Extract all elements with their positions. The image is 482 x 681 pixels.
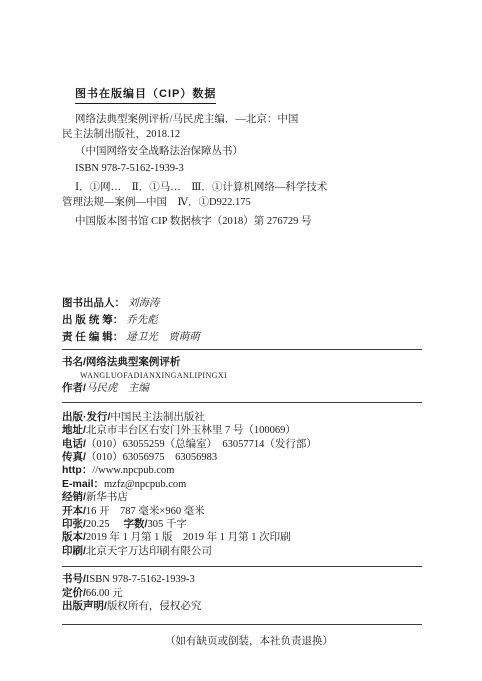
pub-row-website: http：//www.npcpub.com	[62, 464, 422, 477]
pub-row-fax: 传真/（010）63056975 63056983	[62, 451, 422, 464]
pub-row-distributor: 经销/新华书店	[62, 491, 422, 504]
pub-label: 地址/	[62, 424, 86, 436]
price-label: 定价/	[62, 587, 86, 599]
staff-row-producer: 图书出品人：刘海涛	[62, 295, 422, 312]
pub-label: 版本/	[62, 531, 86, 543]
pub-label: 开本/	[62, 505, 86, 517]
publication-section: 出版·发行/中国民主法制出版社 地址/北京市丰台区右安门外玉林里 7 号（100…	[62, 411, 422, 558]
book-title-section: 书名/网络法典型案例评析 WANGLUOFADIANXINGANLIPINGXI…	[62, 356, 422, 396]
return-note: （如有缺页或倒装，本社负责退换）	[62, 635, 422, 649]
author-row: 作者/马民虎 主编	[62, 382, 422, 395]
pub-label: 字数/	[124, 518, 148, 530]
copyright-label: 出版声明/	[62, 600, 107, 612]
copyright-value: 版权所有，侵权必究	[107, 601, 202, 612]
isbn-row: 书号/ISBN 978-7-5162-1939-3	[62, 573, 422, 586]
author-value: 马民虎 主编	[86, 383, 149, 394]
author-label: 作者/	[62, 382, 86, 394]
cip-class-line: 管理法规—案例—中国 Ⅳ．①D922.175	[62, 195, 422, 210]
staff-value: 逯卫光 贾萌萌	[126, 332, 200, 343]
pub-row-phone: 电话/（010）63055259（总编室） 63057714（发行部）	[62, 438, 422, 451]
cip-series-line: （中国网络安全战略法治保障丛书）	[62, 144, 422, 159]
pub-label: 出版·发行/	[62, 411, 110, 423]
divider	[62, 566, 422, 567]
book-title: 网络法典型案例评析	[86, 356, 181, 368]
pub-value: （010）63055259（总编室） 63057714（发行部）	[86, 439, 317, 450]
staff-value: 刘海涛	[128, 298, 160, 309]
isbn-value: ISBN 978-7-5162-1939-3	[86, 574, 195, 585]
book-title-label: 书名/	[62, 356, 86, 368]
pub-row-email: E-mail：mzfz@npcpub.com	[62, 478, 422, 491]
pub-row-sheets-words: 印张/20.25字数/305 千字	[62, 518, 422, 531]
cip-record-line: 中国版本图书馆 CIP 数据核字（2018）第 276729 号	[62, 214, 422, 229]
book-title-row: 书名/网络法典型案例评析	[62, 356, 422, 369]
copyright-row: 出版声明/版权所有，侵权必究	[62, 600, 422, 613]
pub-row-address: 地址/北京市丰台区右安门外玉林里 7 号（100069）	[62, 424, 422, 437]
staff-section: 图书出品人：刘海涛 出 版 统 筹：乔先彪 责 任 编 辑：逯卫光 贾萌萌	[62, 295, 422, 346]
pub-value: 16 开 787 毫米×960 毫米	[86, 506, 205, 517]
pub-label: 印张/	[62, 518, 86, 530]
price-row: 定价/66.00 元	[62, 587, 422, 600]
isbn-label: 书号/	[62, 573, 86, 585]
price-value: 66.00 元	[86, 588, 123, 599]
pub-label: 电话/	[62, 438, 86, 450]
cip-title-wrap: 图书在版编目（CIP）数据	[75, 84, 422, 104]
book-pinyin: WANGLUOFADIANXINGANLIPINGXI	[80, 369, 422, 382]
staff-label: 图书出品人：	[62, 297, 125, 309]
pub-label: http：	[62, 464, 92, 476]
cip-isbn-line: ISBN 978-7-5162-1939-3	[62, 161, 422, 176]
pub-value: mzfz@npcpub.com	[104, 479, 186, 490]
cip-line: 网络法典型案例评析/马民虎主编．—北京：中国	[62, 112, 422, 127]
pub-row-publisher: 出版·发行/中国民主法制出版社	[62, 411, 422, 424]
cip-class-line: Ⅰ．①网… Ⅱ．①马… Ⅲ．①计算机网络—科学技术	[62, 180, 422, 195]
pub-value: 新华书店	[86, 492, 128, 503]
staff-label: 责 任 编 辑：	[62, 331, 123, 343]
pub-value: 20.25	[86, 519, 110, 530]
divider	[62, 624, 422, 625]
pub-value: 北京天宇万达印刷有限公司	[86, 546, 212, 557]
staff-row-editors: 责 任 编 辑：逯卫光 贾萌萌	[62, 329, 422, 346]
pub-label: 传真/	[62, 451, 86, 463]
staff-row-coordinator: 出 版 统 筹：乔先彪	[62, 312, 422, 329]
cip-title: 图书在版编目（CIP）数据	[75, 85, 216, 104]
pub-label: 印刷/	[62, 545, 86, 557]
copyright-page: 图书在版编目（CIP）数据 网络法典型案例评析/马民虎主编．—北京：中国 民主法…	[0, 0, 482, 681]
pub-label: 经销/	[62, 491, 86, 503]
pub-value: 北京市丰台区右安门外玉林里 7 号（100069）	[86, 425, 296, 436]
divider	[62, 349, 422, 350]
pub-value: 2019 年 1 月第 1 版 2019 年 1 月第 1 次印刷	[86, 532, 291, 543]
isbn-section: 书号/ISBN 978-7-5162-1939-3 定价/66.00 元 出版声…	[62, 573, 422, 613]
cip-line: 民主法制出版社，2018.12	[62, 127, 422, 142]
pub-row-edition: 版本/2019 年 1 月第 1 版 2019 年 1 月第 1 次印刷	[62, 531, 422, 544]
pub-value: //www.npcpub.com	[92, 465, 174, 476]
pub-value: （010）63056975 63056983	[86, 452, 217, 463]
pub-value: 305 千字	[147, 519, 186, 530]
pub-label: E-mail：	[62, 478, 104, 490]
divider	[62, 402, 422, 403]
pub-row-printer: 印刷/北京天宇万达印刷有限公司	[62, 545, 422, 558]
staff-label: 出 版 统 筹：	[62, 314, 123, 326]
staff-value: 乔先彪	[126, 315, 158, 326]
pub-row-format: 开本/16 开 787 毫米×960 毫米	[62, 505, 422, 518]
cip-section: 网络法典型案例评析/马民虎主编．—北京：中国 民主法制出版社，2018.12 （…	[62, 112, 422, 229]
pub-value: 中国民主法制出版社	[110, 412, 205, 423]
